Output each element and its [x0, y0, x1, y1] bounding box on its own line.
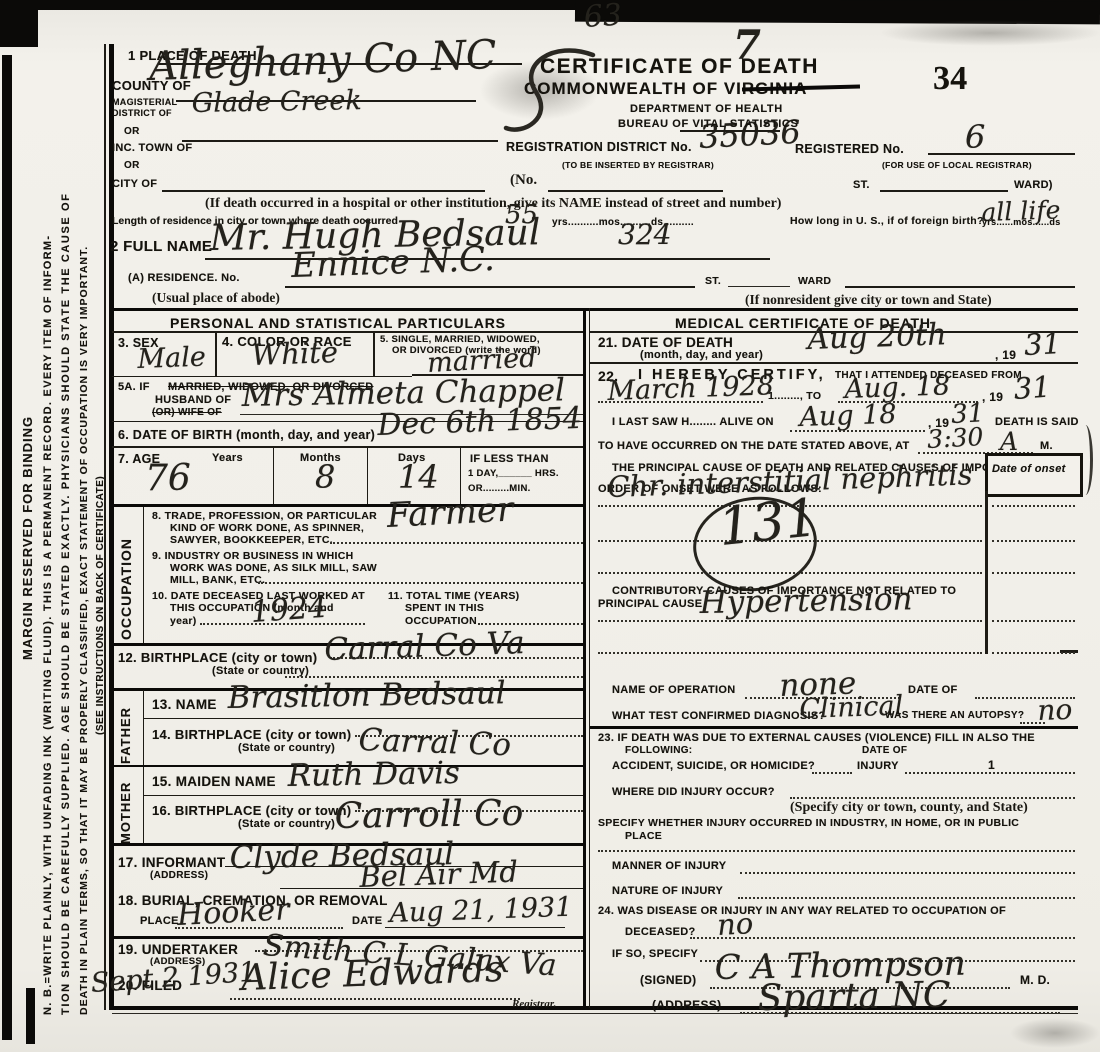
injury-dotted-line	[905, 772, 1075, 774]
injury-stray-mark: 1	[988, 758, 995, 772]
cell-divider	[367, 447, 368, 505]
occurred-time-handwritten: 3:30	[926, 422, 984, 454]
dob-label: 6. DATE OF BIRTH (month, day, and year)	[118, 428, 375, 442]
dob-value-handwritten: Dec 6th 1854	[377, 401, 583, 443]
date-of-onset-label: Date of onset	[992, 463, 1066, 475]
contributory-dotted-line	[598, 620, 982, 622]
informant-label: 17. INFORMANT	[118, 855, 225, 870]
form-border-left-thin	[104, 44, 106, 1010]
registrar-note-2: (FOR USE OF LOCAL REGISTRAR)	[882, 160, 1032, 170]
father-name-line	[143, 718, 583, 719]
spouse-husband-label: HUSBAND OF	[155, 394, 231, 406]
filed-line	[230, 998, 520, 1000]
city-st-label: ST.	[853, 179, 870, 191]
ink-bracket-mark	[1078, 425, 1093, 495]
county-value-handwritten: Alleghany Co NC	[148, 32, 497, 90]
manner-dotted-line	[740, 872, 1075, 874]
if-less-label-2: 1 DAY,______ HRS.	[468, 468, 559, 479]
or-label-1: OR	[124, 126, 140, 137]
city-no-line	[548, 190, 723, 192]
spouse-wife-label-crossed: (OR) WIFE OF	[152, 407, 222, 418]
date-of-death-year-printed: , 19	[995, 348, 1016, 362]
last-worked-label-3: year)	[170, 615, 197, 627]
age-months-value-handwritten: 8	[315, 458, 335, 496]
mother-side-label: MOTHER	[118, 772, 133, 844]
mother-name-label: 15. MAIDEN NAME	[152, 774, 276, 789]
registered-no-line	[928, 153, 1075, 155]
residence-value-handwritten: Ennice N.C.	[291, 239, 496, 286]
column-divider-thin	[589, 308, 590, 1008]
registrar-signature-handwritten: Alice Edwards	[241, 949, 505, 999]
ink-flourish	[498, 40, 618, 135]
margin-note-line1: N. B.=WRITE PLAINLY, WITH UNFADING INK (…	[42, 85, 54, 1015]
margin-note-line3: DEATH IN PLAIN TERMS, SO THAT IT MAY BE …	[78, 85, 90, 1015]
registered-no-value-handwritten: 6	[965, 118, 985, 156]
bureau-underline	[680, 130, 780, 132]
magisterial-value-handwritten: Glade Creek	[191, 85, 362, 119]
where-injury-label: WHERE DID INJURY OCCUR?	[612, 786, 775, 798]
registered-no-label: REGISTERED No.	[795, 142, 904, 156]
father-birthplace-sub-label: (State or country)	[238, 742, 335, 754]
father-side-label: FATHER	[118, 696, 133, 764]
onset-dotted-line	[992, 572, 1075, 574]
industry-label-3: MILL, BANK, ETC.	[170, 574, 265, 586]
row-rule-thick	[590, 726, 1078, 729]
city-label: CITY OF	[112, 178, 157, 190]
registrar-label: Registrar.	[512, 998, 556, 1010]
scan-smudge	[1010, 1018, 1100, 1048]
magisterial-label-1: MAGISTERIAL	[112, 97, 177, 107]
related-to-occupation-label-1: 24. WAS DISEASE OR INJURY IN ANY WAY REL…	[598, 905, 1006, 917]
informant-address-line	[280, 888, 583, 889]
related-dotted-line	[690, 937, 1075, 939]
scan-mark-bottom-left	[26, 988, 35, 1044]
house-number-handwritten: 324	[618, 218, 671, 251]
personal-title-rule	[112, 331, 583, 333]
injury-label: INJURY	[857, 760, 899, 772]
margin-note-line2: TION SHOULD BE CAREFULLY SUPPLIED. AGE S…	[60, 85, 72, 1015]
trade-value-handwritten: Farmer	[386, 489, 514, 536]
or-label-2: OR	[124, 160, 140, 171]
last-worked-value-handwritten: 1924	[250, 590, 329, 630]
date-of-death-value-handwritten: Aug 20th	[807, 317, 947, 357]
residence-ward-label: WARD	[798, 275, 831, 287]
cell-divider	[373, 331, 375, 376]
external-causes-label-2: FOLLOWING:	[625, 745, 692, 756]
scan-corner-top-left	[0, 0, 38, 47]
certificate-number-stamp: 34	[933, 60, 968, 98]
full-name-label: 2 FULL NAME	[110, 238, 212, 255]
contributory-dotted-line	[598, 652, 982, 654]
father-divider	[143, 690, 144, 766]
operation-date-label: DATE OF	[908, 684, 958, 696]
nature-dotted-line	[738, 897, 1075, 899]
occurred-m-label: M.	[1040, 440, 1053, 452]
age-years-value-handwritten: 76	[145, 458, 191, 499]
address-dotted-line	[740, 1012, 1060, 1014]
where-injury-dotted-line	[790, 797, 1075, 799]
undertaker-label: 19. UNDERTAKER	[118, 942, 238, 957]
registrar-note-1: (TO BE INSERTED BY REGISTRAR)	[562, 160, 714, 170]
stray-number-63: 63	[583, 0, 624, 35]
last-saw-value-handwritten: Aug 18	[799, 399, 897, 433]
trade-label-3: SAWYER, BOOKKEEPER, ETC.	[170, 534, 333, 546]
date-of-death-label: 21. DATE OF DEATH	[598, 335, 733, 350]
accident-label: ACCIDENT, SUICIDE, OR HOMICIDE?	[612, 760, 815, 772]
filed-date-handwritten: Sept 2 1931	[90, 957, 257, 999]
death-certificate-scan: MARGIN RESERVED FOR BINDING N. B.=WRITE …	[0, 0, 1100, 1052]
mother-birthplace-label: 16. BIRTHPLACE (city or town)	[152, 803, 351, 818]
magisterial-label-2: DISTRICT OF	[112, 108, 172, 118]
autopsy-value-handwritten: no	[1037, 693, 1073, 727]
scan-edge-left	[2, 55, 12, 1040]
mother-name-value-handwritten: Ruth Davis	[287, 755, 460, 794]
how-long-in-us-label: How long in U. S., if of foreign birth?	[790, 215, 984, 227]
section-top-rule	[112, 308, 1078, 311]
date-of-injury-label: DATE OF	[862, 745, 907, 756]
date-of-death-year-handwritten: 31	[1023, 326, 1062, 362]
nature-of-injury-label: NATURE OF INJURY	[612, 885, 723, 897]
city-ward-label: WARD)	[1014, 179, 1053, 191]
father-name-value-handwritten: Brasitlon Bedsaul	[227, 675, 506, 716]
burial-place-label: PLACE	[140, 915, 179, 927]
occurred-meridiem-handwritten: A	[1000, 427, 1018, 456]
attended-to-year-handwritten: 31	[1013, 370, 1052, 406]
cell-divider	[215, 331, 217, 376]
registration-district-label: REGISTRATION DISTRICT No.	[506, 140, 692, 154]
inc-town-line	[182, 140, 498, 142]
onset-dotted-line	[992, 652, 1075, 654]
city-no-label: (No.	[510, 172, 537, 189]
onset-dotted-line	[992, 540, 1075, 542]
onset-column-divider	[985, 491, 988, 654]
residence-ward-line	[845, 286, 1075, 288]
specify-label-2: PLACE	[625, 830, 662, 842]
residence-line	[285, 286, 695, 288]
race-value-handwritten: White	[251, 335, 339, 372]
contributory-value-handwritten: Hypertension	[699, 581, 912, 621]
spouse-label-1: 5A. IF	[118, 381, 150, 393]
stray-number-7: 7	[733, 22, 761, 69]
total-time-label-2: SPENT IN THIS	[405, 602, 484, 614]
industry-label-1: 9. INDUSTRY OR BUSINESS IN WHICH	[152, 550, 354, 562]
mother-birthplace-value-handwritten: Carroll Co	[334, 793, 523, 837]
father-name-label: 13. NAME	[152, 697, 217, 712]
burial-date-label: DATE	[352, 915, 382, 927]
age-years-label: Years	[212, 452, 243, 464]
total-time-dotted-line	[478, 623, 583, 625]
how-long-units-label: yrs......mos......ds	[982, 217, 1061, 227]
specify-label-1: SPECIFY WHETHER INJURY OCCURRED IN INDUS…	[598, 817, 1019, 829]
father-birthplace-label: 14. BIRTHPLACE (city or town)	[152, 727, 351, 742]
external-causes-label-1: 23. IF DEATH WAS DUE TO EXTERNAL CAUSES …	[598, 732, 1035, 744]
mother-divider	[143, 767, 144, 845]
onset-dotted-line	[992, 620, 1075, 622]
cell-divider	[273, 447, 274, 505]
total-time-label-1: 11. TOTAL TIME (YEARS)	[388, 590, 519, 602]
sex-value-handwritten: Male	[137, 342, 206, 375]
attended-to-label: 1........, TO	[768, 390, 821, 402]
trade-label-1: 8. TRADE, PROFESSION, OR PARTICULAR	[152, 510, 377, 522]
residence-st-label: ST.	[705, 275, 721, 287]
md-label: M. D.	[1020, 973, 1050, 987]
row-rule	[590, 362, 1078, 364]
bureau-title: BUREAU OF VITAL STATISTICS	[618, 118, 798, 130]
industry-label-2: WORK WAS DONE, AS SILK MILL, SAW	[170, 562, 377, 574]
where-injury-sub-label: (Specify city or town, county, and State…	[790, 800, 1028, 816]
operation-label: NAME OF OPERATION	[612, 684, 735, 696]
personal-section-title: PERSONAL AND STATISTICAL PARTICULARS	[170, 315, 506, 331]
date-of-onset-box	[985, 453, 1083, 497]
if-so-specify-label: IF SO, SPECIFY	[612, 948, 698, 960]
city-line	[162, 190, 485, 192]
autopsy-label: WAS THERE AN AUTOPSY?	[885, 710, 1024, 721]
department-title: DEPARTMENT OF HEALTH	[630, 103, 783, 115]
manner-of-injury-label: MANNER OF INJURY	[612, 860, 726, 872]
signed-label: (SIGNED)	[640, 973, 696, 987]
trade-label-2: KIND OF WORK DONE, AS SPINNER,	[170, 522, 364, 534]
attended-from-dotted-line	[598, 401, 763, 403]
scan-smudge	[880, 20, 1100, 46]
onset-dotted-line	[992, 505, 1075, 507]
margin-binding-note: MARGIN RESERVED FOR BINDING	[20, 360, 35, 660]
inc-town-label: INC. TOWN OF	[112, 142, 192, 154]
hospital-note: (If death occurred in a hospital or othe…	[205, 196, 781, 212]
if-less-label-1: IF LESS THAN	[470, 453, 549, 465]
row-rule	[112, 446, 583, 448]
nonresident-note: (If nonresident give city or town and St…	[745, 292, 992, 308]
burial-place-value-handwritten: Hooker	[176, 892, 290, 933]
column-divider	[583, 308, 586, 1008]
accident-dotted-line	[812, 772, 852, 774]
mother-birthplace-sub-label: (State or country)	[238, 818, 335, 830]
residence-label: (A) RESIDENCE. No.	[128, 272, 240, 284]
cause-code-handwritten: 131	[716, 488, 821, 558]
test-label: WHAT TEST CONFIRMED DIAGNOSIS?	[612, 710, 826, 722]
specify-dotted-line	[598, 850, 1075, 852]
abode-note: (Usual place of abode)	[152, 290, 280, 306]
occupation-divider	[143, 507, 144, 643]
trade-dotted-line	[330, 542, 583, 544]
address-label: (ADDRESS)	[652, 998, 721, 1012]
informant-sub-label: (ADDRESS)	[150, 870, 208, 881]
date-of-death-sub-label: (month, day, and year)	[640, 349, 763, 361]
burial-date-value-handwritten: Aug 21, 1931	[389, 892, 573, 929]
attended-to-year-printed: , 19	[982, 390, 1003, 404]
age-days-value-handwritten: 14	[398, 458, 439, 496]
industry-dotted-line	[258, 582, 583, 584]
residence-st-line	[728, 286, 790, 287]
occurred-label: TO HAVE OCCURRED ON THE DATE STATED ABOV…	[598, 440, 910, 452]
contributory-label-2: PRINCIPAL CAUSE	[598, 598, 702, 610]
city-st-line	[880, 190, 1008, 192]
last-saw-label: I LAST SAW H........ ALIVE ON	[612, 416, 774, 428]
occupation-side-label: OCCUPATION	[118, 512, 134, 640]
birthplace-label: 12. BIRTHPLACE (city or town)	[118, 650, 317, 665]
total-time-label-3: OCCUPATION	[405, 615, 477, 627]
birthplace-value-handwritten: Carral Co Va	[324, 625, 525, 668]
related-to-occupation-label-2: DECEASED?	[625, 926, 696, 938]
